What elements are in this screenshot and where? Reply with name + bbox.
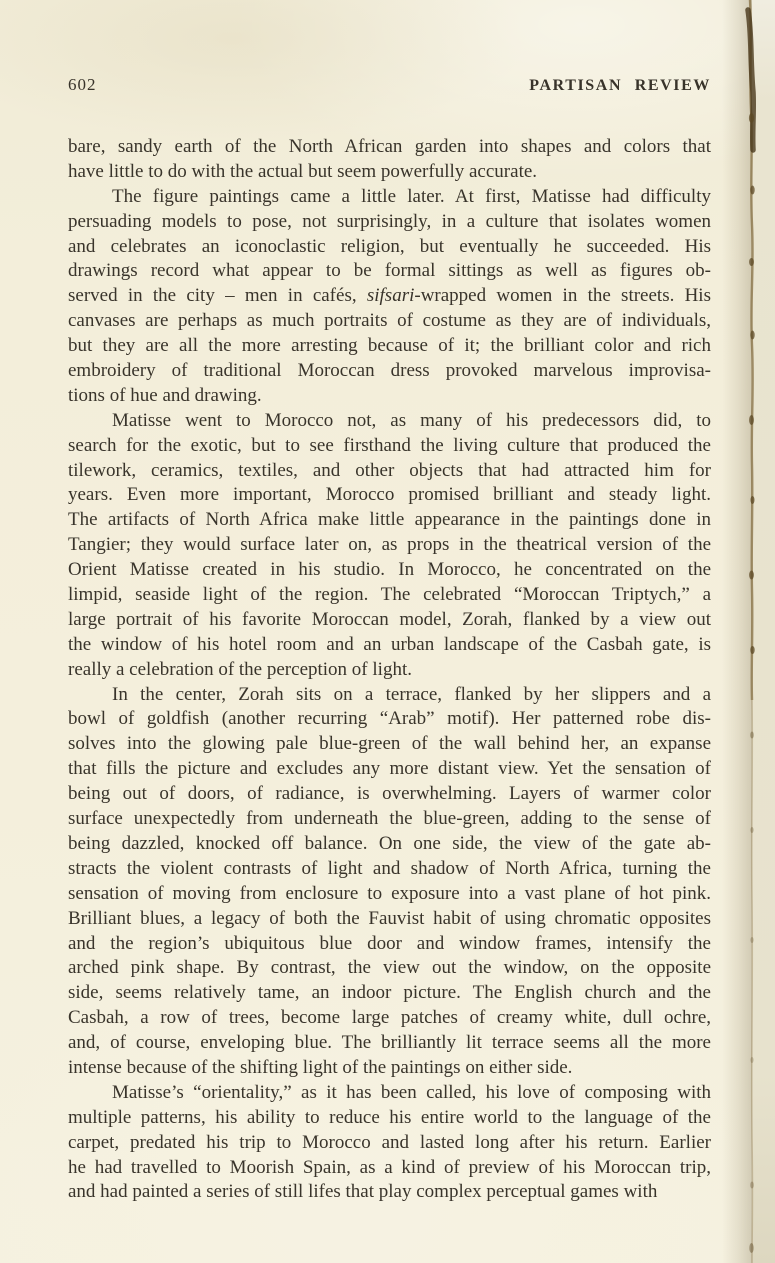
text-line: canvases are perhaps as much portraits o… — [68, 309, 711, 334]
text-line: and, of course, enveloping blue. The bri… — [68, 1031, 711, 1056]
text-line: the window of his hotel room and an urba… — [68, 633, 711, 658]
text-line: multiple patterns, his ability to reduce… — [68, 1106, 711, 1131]
journal-title: PARTISAN REVIEW — [529, 77, 711, 95]
text-line: Orient Matisse created in his studio. In… — [68, 558, 711, 583]
text-line: limpid, seaside light of the region. The… — [68, 583, 711, 608]
edge-dark-curl — [748, 10, 753, 150]
text-line: In the center, Zorah sits on a terrace, … — [68, 683, 711, 708]
page-header: 602 PARTISAN REVIEW — [68, 75, 711, 95]
body-text: bare, sandy earth of the North African g… — [68, 135, 711, 1205]
text-line: search for the exotic, but to see firsth… — [68, 434, 711, 459]
text-line: and the region’s ubiquitous blue door an… — [68, 932, 711, 957]
paragraph: In the center, Zorah sits on a terrace, … — [68, 683, 711, 1081]
text-line: Brilliant blues, a legacy of both the Fa… — [68, 907, 711, 932]
text-line: but they are all the more arresting beca… — [68, 334, 711, 359]
text-line: The figure paintings came a little later… — [68, 185, 711, 210]
text-line: stracts the violent contrasts of light a… — [68, 857, 711, 882]
text-line: he had travelled to Moorish Spain, as a … — [68, 1156, 711, 1181]
text-line: that fills the picture and excludes any … — [68, 757, 711, 782]
text-line: large portrait of his favorite Moroccan … — [68, 608, 711, 633]
scanned-page: 602 PARTISAN REVIEW bare, sandy earth of… — [0, 0, 775, 1263]
text-line: carpet, predated his trip to Morocco and… — [68, 1131, 711, 1156]
text-line: years. Even more important, Morocco prom… — [68, 483, 711, 508]
text-line: Casbah, a row of trees, become large pat… — [68, 1006, 711, 1031]
text-line: and had painted a series of still lifes … — [68, 1180, 711, 1205]
text-line: side, seems relatively tame, an indoor p… — [68, 981, 711, 1006]
text-line: and celebrates an iconoclastic religion,… — [68, 235, 711, 260]
text-line: sensation of moving from enclosure to ex… — [68, 882, 711, 907]
text-line: being dazzled, knocked off balance. On o… — [68, 832, 711, 857]
text-line: The artifacts of North Africa make littl… — [68, 508, 711, 533]
text-line: tions of hue and drawing. — [68, 384, 711, 409]
text-line: intense because of the shifting light of… — [68, 1056, 711, 1081]
edge-line-lower — [752, 700, 753, 1263]
text-line: served in the city – men in cafés, sifsa… — [68, 284, 711, 309]
text-line: bowl of goldfish (another recurring “Ara… — [68, 707, 711, 732]
paragraph: bare, sandy earth of the North African g… — [68, 135, 711, 185]
paragraph: The figure paintings came a little later… — [68, 185, 711, 409]
paragraph: Matisse went to Morocco not, as many of … — [68, 409, 711, 683]
text-line: really a celebration of the perception o… — [68, 658, 711, 683]
outer-page-strip — [752, 0, 775, 1263]
text-line: surface unexpectedly from underneath the… — [68, 807, 711, 832]
text-line: persuading models to pose, not surprisin… — [68, 210, 711, 235]
text-line: tilework, ceramics, textiles, and other … — [68, 459, 711, 484]
text-line: Matisse’s “orientality,” as it has been … — [68, 1081, 711, 1106]
text-line: being out of doors, of radiance, is over… — [68, 782, 711, 807]
text-line: Matisse went to Morocco not, as many of … — [68, 409, 711, 434]
text-line: have little to do with the actual but se… — [68, 160, 711, 185]
paragraph: Matisse’s “orientality,” as it has been … — [68, 1081, 711, 1205]
text-line: solves into the glowing pale blue-green … — [68, 732, 711, 757]
page-number: 602 — [68, 75, 97, 95]
text-line: bare, sandy earth of the North African g… — [68, 135, 711, 160]
page-edge-shadow — [729, 0, 775, 1263]
text-line: drawings record what appear to be formal… — [68, 259, 711, 284]
text-line: Tangier; they would surface later on, as… — [68, 533, 711, 558]
text-line: arched pink shape. By contrast, the view… — [68, 956, 711, 981]
text-line: embroidery of traditional Moroccan dress… — [68, 359, 711, 384]
